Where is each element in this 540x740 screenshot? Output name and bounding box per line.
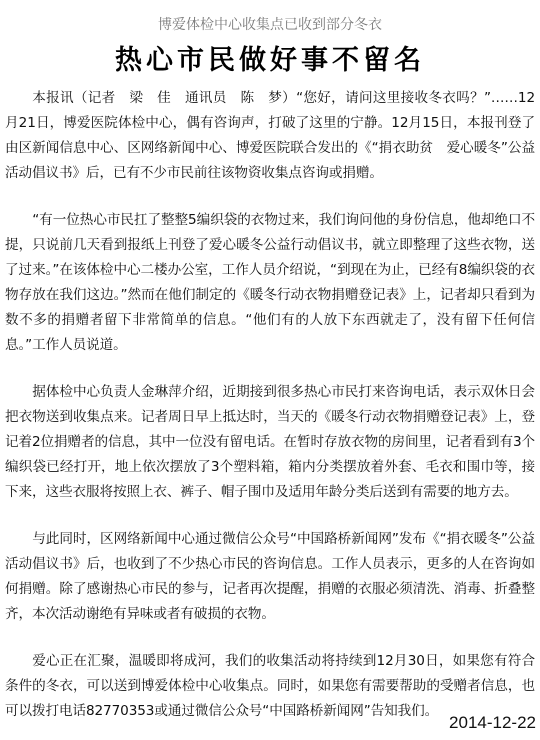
article-paragraph-3: 据体检中心负责人金琳萍介绍，近期接到很多热心市民打来咨询电话，表示双休日会把衣物… [5, 380, 535, 505]
article-kicker: 博爱体检中心收集点已收到部分冬衣 [0, 14, 540, 34]
article-paragraph-2: “有一位热心市民扛了整整5编织袋的衣物过来，我们询问他的身份信息，他却绝口不提，… [5, 208, 535, 358]
publication-date: 2014-12-22 [449, 713, 536, 733]
article-body: 本报讯（记者 梁 佳 通讯员 陈 梦）“您好，请问这里接收冬衣吗？”……12月2… [5, 86, 535, 740]
article-headline: 热心市民做好事不留名 [0, 38, 540, 77]
article-paragraph-4: 与此同时，区网络新闻中心通过微信公众号“中国路桥新闻网”发布《“捐衣暖冬”公益活… [5, 527, 535, 627]
article-paragraph-1: 本报讯（记者 梁 佳 通讯员 陈 梦）“您好，请问这里接收冬衣吗？”……12月2… [5, 86, 535, 186]
